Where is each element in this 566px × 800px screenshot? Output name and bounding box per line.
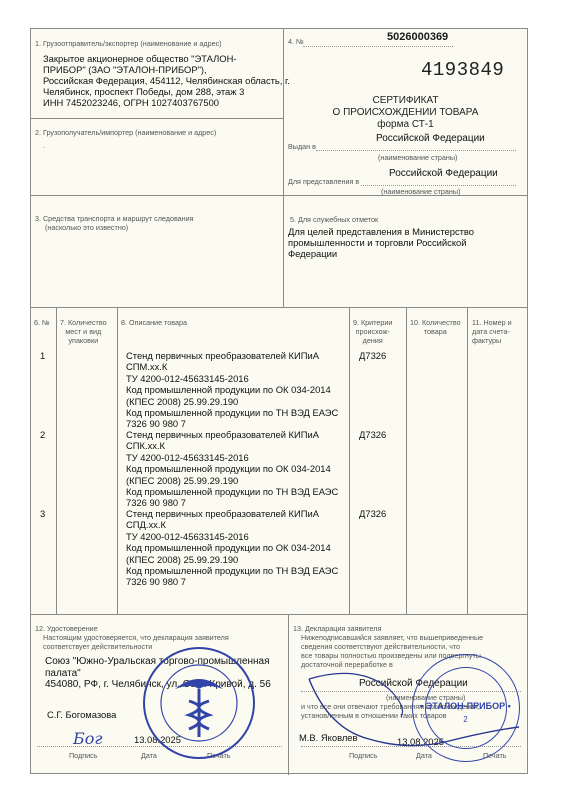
certificate-title: СЕРТИФИКАТ (283, 95, 528, 107)
divider (467, 307, 468, 614)
issued-label: Выдан в (288, 142, 316, 151)
divider (56, 307, 57, 614)
row-description: Стенд первичных преобразователей КИПиА С… (126, 429, 338, 509)
box12-label: 12. Удостоверение (35, 624, 98, 633)
dotted-rule (361, 185, 516, 186)
form-number: 5026000369 (387, 31, 448, 43)
row-criteria: Д7326 (359, 350, 386, 362)
exporter-line: Закрытое акционерное общество "ЭТАЛОН- (43, 53, 236, 65)
presented-country: Российской Федерации (389, 168, 498, 180)
service-note-line: Для целей представления в Министерство (288, 226, 474, 238)
certificate-form-type: форма СТ-1 (283, 119, 528, 131)
divider (117, 307, 118, 614)
row-criteria: Д7326 (359, 429, 386, 441)
row-description: Стенд первичных преобразователей КИПиА С… (126, 350, 338, 430)
col-header-no: 6. № (34, 318, 50, 327)
exporter-line: ИНН 7452023246, ОГРН 1027403767500 (43, 97, 219, 109)
divider (283, 195, 284, 307)
divider (31, 307, 528, 308)
box5-label: 5. Для служебных отметок (290, 215, 378, 224)
certificate-subtitle: О ПРОИСХОЖДЕНИИ ТОВАРА (283, 107, 528, 119)
box3-sublabel: (насколько это известно) (45, 223, 128, 232)
issued-hint: (наименование страны) (378, 153, 457, 162)
box1-label: 1. Грузоотправитель/экспортер (наименова… (35, 39, 222, 48)
col-header-invoice: 11. Номер и дата счета- фактуры (472, 318, 512, 345)
dotted-rule (316, 150, 516, 151)
service-note-line: Федерации (288, 248, 337, 260)
row-number: 2 (40, 429, 45, 441)
dotted-rule (303, 46, 453, 47)
certificate-number: 4193849 (421, 59, 504, 81)
presented-hint: (наименование страны) (381, 187, 460, 196)
box12-signer: С.Г. Богомазова (47, 709, 116, 721)
foot-signature: Подпись (69, 751, 97, 760)
divider (31, 118, 283, 119)
col-header-criteria: 9. Критерии происхож- дения (353, 318, 392, 345)
stamp-company-name: • ЭТАЛОН-ПРИБОР • (413, 701, 518, 711)
row-description: Стенд первичных преобразователей КИПиА С… (126, 508, 338, 588)
col-header-places: 7. Количество мест и вид упаковки (60, 318, 107, 345)
importer-value: . (43, 141, 45, 150)
certificate-form: 1. Грузоотправитель/экспортер (наименова… (30, 28, 528, 774)
divider (349, 307, 350, 614)
row-criteria: Д7326 (359, 508, 386, 520)
row-number: 3 (40, 508, 45, 520)
stamp-number: 2 (413, 715, 518, 724)
box13-label: 13. Декларация заявителя (293, 624, 381, 633)
divider (31, 614, 528, 615)
exporter-line: Российская Федерация, 454112, Челябинска… (43, 75, 290, 87)
row-number: 1 (40, 350, 45, 362)
company-stamp: • ЭТАЛОН-ПРИБОР • 2 (412, 654, 520, 762)
chamber-stamp-icon (145, 649, 253, 757)
divider (406, 307, 407, 614)
exporter-line: ПРИБОР" (ЗАО "ЭТАЛОН-ПРИБОР"), (43, 64, 207, 76)
col-header-desc: 8. Описание товара (121, 318, 187, 327)
presented-label: Для представления в (288, 177, 359, 186)
box3-label: 3. Средства транспорта и маршрут следова… (35, 214, 194, 223)
box2-label: 2. Грузополучатель/импортер (наименовани… (35, 128, 216, 137)
exporter-line: Челябинск, проспект Победы, дом 288, эта… (43, 86, 244, 98)
issued-country: Российской Федерации (376, 133, 485, 145)
col-header-qty: 10. Количество товара (410, 318, 461, 336)
box4-label: 4. № (288, 37, 304, 46)
service-note-line: промышленности и торговли Российской (288, 237, 467, 249)
chamber-stamp (143, 647, 255, 759)
